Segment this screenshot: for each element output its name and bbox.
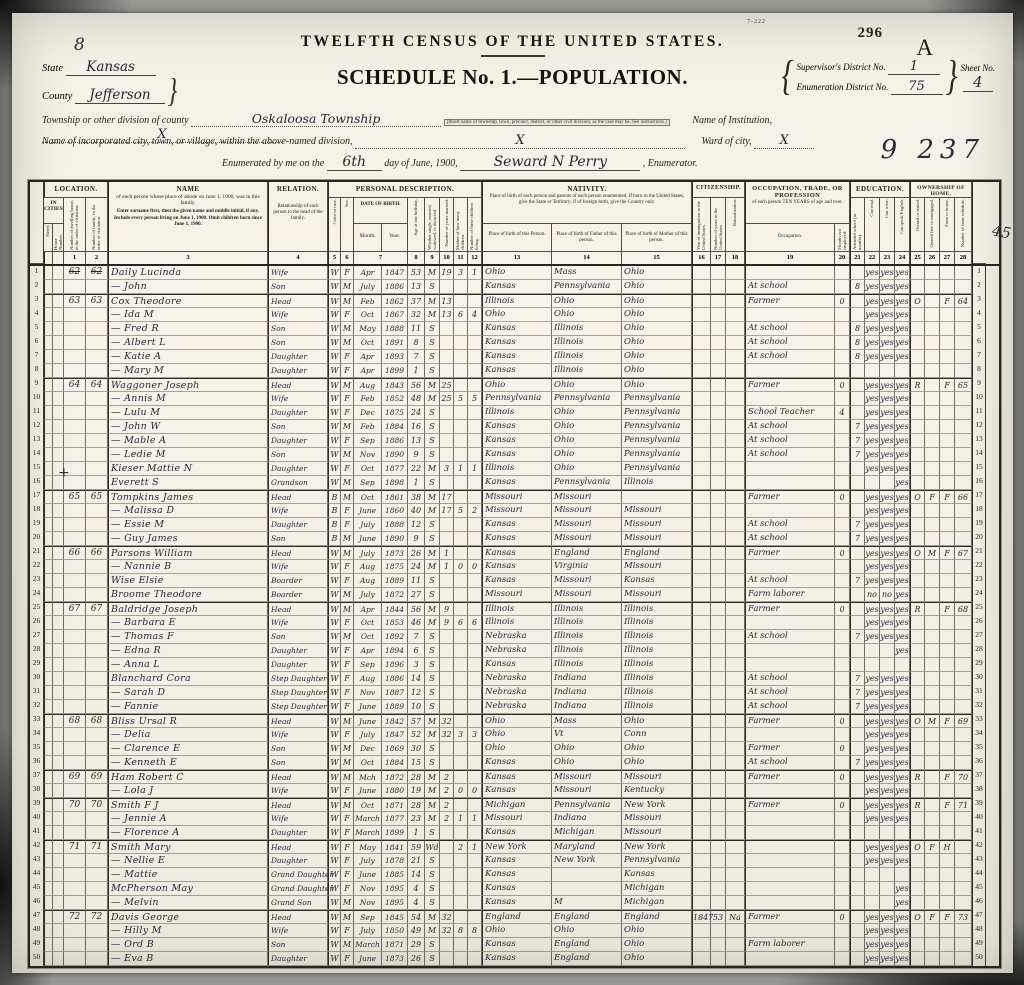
birthplace-father <box>552 882 622 896</box>
months-not-employed <box>835 896 850 910</box>
children-living: 1 <box>468 812 482 826</box>
children-living <box>468 280 482 294</box>
occupation: At school <box>745 630 835 644</box>
age: 7 <box>408 350 425 364</box>
relation: Head <box>268 770 328 784</box>
page-letter: A <box>916 35 933 61</box>
relation: Head <box>268 378 328 392</box>
age: 13 <box>408 280 425 294</box>
occupation: Farmer <box>745 294 835 308</box>
birth-month: March <box>354 938 382 952</box>
sex: F <box>341 854 354 868</box>
years-in-us <box>711 378 726 392</box>
attended-school <box>850 378 865 392</box>
birthplace-person: Kansas <box>482 882 552 896</box>
age: 24 <box>408 560 425 574</box>
years-married <box>440 322 454 336</box>
immigration-year <box>692 784 711 798</box>
naturalization <box>726 658 745 672</box>
birth-month: July <box>354 854 382 868</box>
column-number: 14 <box>552 252 622 264</box>
months-not-employed <box>835 448 850 462</box>
mother-of-children: 1 <box>454 462 468 476</box>
naturalization <box>726 420 745 434</box>
dwelling-number: 67 <box>64 602 86 616</box>
birth-year: 1861 <box>382 490 408 504</box>
family-number <box>86 420 108 434</box>
owned-rented <box>910 938 925 952</box>
years-married: 32 <box>440 714 454 728</box>
color-race: W <box>328 770 341 784</box>
family-number <box>86 812 108 826</box>
can-write: yes <box>880 378 895 392</box>
naturalization <box>726 854 745 868</box>
farm-schedule <box>955 812 972 826</box>
farm-house <box>940 406 955 420</box>
birthplace-mother: Kansas <box>622 868 692 882</box>
farm-schedule: 73 <box>955 910 972 924</box>
sex: F <box>341 784 354 798</box>
line-number: 29 <box>972 658 986 672</box>
owned-rented <box>910 882 925 896</box>
can-read: yes <box>865 560 880 574</box>
marital-status: S <box>425 672 440 686</box>
age: 12 <box>408 518 425 532</box>
naturalization <box>726 630 745 644</box>
years-in-us <box>711 574 726 588</box>
farm-schedule <box>955 434 972 448</box>
attended-school <box>850 588 865 602</box>
person-name: — Albert L <box>108 336 268 350</box>
house-cell <box>53 756 64 770</box>
can-speak-english: yes <box>895 266 910 280</box>
marital-status: S <box>425 882 440 896</box>
in-cities-header: IN CITIES. <box>44 198 64 224</box>
house-cell <box>53 854 64 868</box>
can-read: yes <box>865 294 880 308</box>
birth-month: July <box>354 924 382 938</box>
age: 49 <box>408 924 425 938</box>
occupation: Farmer <box>745 602 835 616</box>
form-number-mark: 7-222 <box>747 19 766 25</box>
farm-schedule: 66 <box>955 490 972 504</box>
attended-school-header: Attended school (in months). <box>850 198 865 252</box>
dwelling-number <box>64 322 86 336</box>
occupation <box>745 868 835 882</box>
color-race-header: Color or race. <box>328 198 341 252</box>
marital-status: M <box>425 378 440 392</box>
relation: Grand Daughter <box>268 868 328 882</box>
attended-school <box>850 294 865 308</box>
farm-house <box>940 462 955 476</box>
sex: F <box>341 672 354 686</box>
birth-month: July <box>354 546 382 560</box>
supervisor-line: Supervisor's District No. 1 <box>797 59 943 75</box>
children-living <box>468 756 482 770</box>
city-value: X <box>355 133 685 149</box>
dwelling-number: 62 <box>64 266 86 280</box>
birth-year: 1877 <box>382 462 408 476</box>
house-cell <box>53 784 64 798</box>
birth-month: Apr <box>354 350 382 364</box>
age: 14 <box>408 868 425 882</box>
birth-month: Sep <box>354 434 382 448</box>
person-name: — Nellie E <box>108 854 268 868</box>
age-header-text: Age at last birthday. <box>413 198 418 237</box>
naturalization <box>726 364 745 378</box>
can-write: yes <box>880 462 895 476</box>
dwelling-number: 63 <box>64 294 86 308</box>
years-married: 2 <box>440 812 454 826</box>
owned-rented <box>910 504 925 518</box>
can-speak-english: yes <box>895 560 910 574</box>
color-race: W <box>328 574 341 588</box>
person-name: — Fred R <box>108 322 268 336</box>
nativity-group-header: NATIVITY. Place of birth of each person … <box>482 182 692 224</box>
occupation: Farmer <box>745 714 835 728</box>
can-write: yes <box>880 770 895 784</box>
immigration-year <box>692 462 711 476</box>
house-cell <box>53 938 64 952</box>
farm-house <box>940 322 955 336</box>
family-number <box>86 938 108 952</box>
attended-school <box>850 560 865 574</box>
occupation <box>745 476 835 490</box>
naturalization <box>726 840 745 854</box>
can-write: yes <box>880 924 895 938</box>
city-line: Name of incorporated city, town, or vill… <box>12 133 1013 154</box>
immigration-year-header-text: Year of immigration to the United States… <box>696 198 706 251</box>
dwelling-number <box>64 532 86 546</box>
farm-schedule <box>955 742 972 756</box>
person-name: Kieser Mattie N <box>108 462 268 476</box>
birthplace-father: Mass <box>552 714 622 728</box>
marital-status: M <box>425 294 440 308</box>
birthplace-person: Kansas <box>482 532 552 546</box>
can-speak-english: yes <box>895 476 910 490</box>
occupation <box>745 840 835 854</box>
family-number <box>86 924 108 938</box>
birth-year: 1872 <box>382 588 408 602</box>
birth-month: July <box>354 280 382 294</box>
dwelling-number <box>64 868 86 882</box>
can-read: yes <box>865 602 880 616</box>
birth-month: July <box>354 518 382 532</box>
line-number: 41 <box>972 826 986 840</box>
attended-school: 8 <box>850 350 865 364</box>
children-living <box>468 868 482 882</box>
children-living <box>468 378 482 392</box>
relation-title: RELATION. <box>269 182 327 193</box>
sex: F <box>341 266 354 280</box>
column-number: 4 <box>268 252 328 264</box>
can-read: yes <box>865 784 880 798</box>
can-write: yes <box>880 392 895 406</box>
occupation <box>745 854 835 868</box>
sex: F <box>341 406 354 420</box>
owned-rented <box>910 434 925 448</box>
line-number: 26 <box>30 616 44 630</box>
can-read: yes <box>865 714 880 728</box>
house-cell <box>53 714 64 728</box>
months-not-employed <box>835 364 850 378</box>
free-mortgaged: F <box>925 840 940 854</box>
mother-of-children <box>454 756 468 770</box>
birthplace-father: Illinois <box>552 336 622 350</box>
house-cell <box>53 392 64 406</box>
relation: Step Daughter <box>268 672 328 686</box>
birthplace-person: Missouri <box>482 812 552 826</box>
can-speak-english: yes <box>895 336 910 350</box>
relation: Wife <box>268 308 328 322</box>
can-speak-english: yes <box>895 280 910 294</box>
owned-rented: O <box>910 546 925 560</box>
house-cell <box>53 896 64 910</box>
months-not-employed <box>835 434 850 448</box>
line-number: 50 <box>972 952 986 966</box>
attended-school: 7 <box>850 574 865 588</box>
can-speak-english: yes <box>895 434 910 448</box>
color-race: B <box>328 504 341 518</box>
marital-status: M <box>425 910 440 924</box>
line-number: 31 <box>972 686 986 700</box>
color-race: W <box>328 462 341 476</box>
years-married <box>440 406 454 420</box>
farm-schedule-header-text: Number of farm schedule. <box>960 198 965 248</box>
dwelling-number: 64 <box>64 378 86 392</box>
farm-schedule: 69 <box>955 714 972 728</box>
owned-rented <box>910 560 925 574</box>
free-mortgaged-header-text: Owned free or mortgaged. <box>929 198 934 248</box>
color-race: W <box>328 616 341 630</box>
birthplace-father: Indiana <box>552 686 622 700</box>
children-living <box>468 350 482 364</box>
supervisor-label: Supervisor's District No. <box>797 62 886 72</box>
person-name: Cox Theodore <box>108 294 268 308</box>
dwelling-number <box>64 882 86 896</box>
children-living-header: Number of these children living. <box>468 198 482 252</box>
occupation <box>745 812 835 826</box>
years-married-header-text: Number of years married. <box>444 198 449 247</box>
free-mortgaged <box>925 868 940 882</box>
years-in-us <box>711 672 726 686</box>
sex: M <box>341 770 354 784</box>
relation: Daughter <box>268 462 328 476</box>
sex: F <box>341 826 354 840</box>
marital-status: S <box>425 742 440 756</box>
free-mortgaged <box>925 742 940 756</box>
dwelling-number <box>64 896 86 910</box>
sheet-header: LOCATION. IN CITIES. Street. House Numbe… <box>30 182 999 266</box>
can-speak-english: yes <box>895 924 910 938</box>
can-write: yes <box>880 406 895 420</box>
years-married <box>440 672 454 686</box>
color-race: W <box>328 406 341 420</box>
mother-of-children <box>454 574 468 588</box>
birth-year: 1899 <box>382 364 408 378</box>
age: 6 <box>408 644 425 658</box>
farm-schedule <box>955 336 972 350</box>
owned-rented: R <box>910 770 925 784</box>
enumeration-value: 75 <box>891 79 943 95</box>
house-cell <box>53 602 64 616</box>
relation: Daughter <box>268 406 328 420</box>
birth-month: Aug <box>354 560 382 574</box>
years-married <box>440 658 454 672</box>
line-number: 47 <box>30 910 44 924</box>
immigration-year <box>692 938 711 952</box>
birth-month: May <box>354 322 382 336</box>
naturalization <box>726 308 745 322</box>
birthplace-mother <box>622 490 692 504</box>
family-number <box>86 658 108 672</box>
children-living <box>468 364 482 378</box>
column-number: 24 <box>895 252 910 264</box>
birthplace-person: Ohio <box>482 714 552 728</box>
attended-school: 7 <box>850 756 865 770</box>
sheet-number-block: Sheet No. 4 <box>961 63 996 92</box>
family-number: 72 <box>86 910 108 924</box>
enumerated-pre: Enumerated by me on the <box>222 158 324 169</box>
free-mortgaged <box>925 322 940 336</box>
age: 4 <box>408 896 425 910</box>
years-in-us <box>711 686 726 700</box>
occupation-sub: of each person TEN YEARS of age and over… <box>746 199 849 207</box>
can-speak-english: yes <box>895 490 910 504</box>
immigration-year <box>692 420 711 434</box>
relation: Wife <box>268 504 328 518</box>
dwelling-number <box>64 854 86 868</box>
can-speak-english: yes <box>895 798 910 812</box>
line-number: 15 <box>972 462 986 476</box>
marital-status: S <box>425 350 440 364</box>
years-married-header: Number of years married. <box>440 198 454 252</box>
years-married <box>440 434 454 448</box>
attended-school <box>850 742 865 756</box>
marital-status-header-text: Whether single, married, widowed, or div… <box>427 198 437 251</box>
mother-of-children <box>454 938 468 952</box>
can-read: yes <box>865 518 880 532</box>
attended-school <box>850 840 865 854</box>
sex: M <box>341 476 354 490</box>
street-cell <box>44 392 53 406</box>
column-number: 3 <box>108 252 268 264</box>
line-number: 42 <box>972 840 986 854</box>
birthplace-mother: Illinois <box>622 630 692 644</box>
relation: Son <box>268 630 328 644</box>
can-speak-english-header-text: Can speak English. <box>899 198 904 235</box>
can-read: yes <box>865 336 880 350</box>
can-write: yes <box>880 574 895 588</box>
birthplace-mother: Illinois <box>622 644 692 658</box>
farm-schedule <box>955 420 972 434</box>
street-cell <box>44 882 53 896</box>
can-speak-english: yes <box>895 350 910 364</box>
age: 11 <box>408 322 425 336</box>
dwelling-number <box>64 574 86 588</box>
owned-rented-header: Owned or rented. <box>910 198 925 252</box>
column-number: 5 <box>328 252 341 264</box>
birthplace-father: Missouri <box>552 588 622 602</box>
birthplace-father: Ohio <box>552 308 622 322</box>
mother-of-children <box>454 952 468 966</box>
mother-of-children: 6 <box>454 308 468 322</box>
age: 11 <box>408 574 425 588</box>
line-number: 49 <box>972 938 986 952</box>
birthplace-mother: Missouri <box>622 560 692 574</box>
family-number <box>86 476 108 490</box>
can-speak-english: yes <box>895 378 910 392</box>
attended-school <box>850 770 865 784</box>
farm-house: H <box>940 840 955 854</box>
years-married <box>440 532 454 546</box>
mother-of-children <box>454 420 468 434</box>
occupation <box>745 784 835 798</box>
person-name: — Annis M <box>108 392 268 406</box>
free-mortgaged <box>925 770 940 784</box>
line-number: 44 <box>30 868 44 882</box>
age: 22 <box>408 462 425 476</box>
birthplace-father: Vt <box>552 728 622 742</box>
nativity-title: NATIVITY. <box>483 182 691 193</box>
house-cell <box>53 406 64 420</box>
owned-rented <box>910 658 925 672</box>
free-mortgaged <box>925 560 940 574</box>
can-speak-english: yes <box>895 686 910 700</box>
birthplace-father: Ohio <box>552 924 622 938</box>
years-in-us <box>711 364 726 378</box>
can-write: yes <box>880 910 895 924</box>
months-not-employed <box>835 420 850 434</box>
children-living <box>468 770 482 784</box>
house-cell <box>53 658 64 672</box>
marital-status: M <box>425 616 440 630</box>
owned-rented <box>910 392 925 406</box>
birth-year: 1884 <box>382 756 408 770</box>
months-not-employed <box>835 266 850 280</box>
children-living <box>468 434 482 448</box>
color-race-header-text: Color or race. <box>332 198 337 225</box>
naturalization <box>726 700 745 714</box>
months-not-employed <box>835 630 850 644</box>
farm-schedule: 67 <box>955 546 972 560</box>
months-not-employed <box>835 854 850 868</box>
free-mortgaged <box>925 784 940 798</box>
children-living <box>468 406 482 420</box>
free-mortgaged <box>925 504 940 518</box>
line-number-header-left <box>30 182 44 264</box>
years-in-us <box>711 742 726 756</box>
birth-year: 1873 <box>382 952 408 966</box>
birthplace-mother: Conn <box>622 728 692 742</box>
line-number: 39 <box>972 798 986 812</box>
birth-year: 1860 <box>382 504 408 518</box>
birthplace-father: Ohio <box>552 420 622 434</box>
years-in-us <box>711 602 726 616</box>
dwelling-number: 66 <box>64 546 86 560</box>
years-in-us <box>711 434 726 448</box>
birth-month: June <box>354 714 382 728</box>
age: 54 <box>408 910 425 924</box>
house-cell <box>53 504 64 518</box>
free-mortgaged <box>925 476 940 490</box>
marital-status: M <box>425 504 440 518</box>
birthplace-person: Kansas <box>482 322 552 336</box>
months-not-employed: 0 <box>835 770 850 784</box>
street-cell <box>44 350 53 364</box>
years-in-us <box>711 560 726 574</box>
can-speak-english: yes <box>895 602 910 616</box>
